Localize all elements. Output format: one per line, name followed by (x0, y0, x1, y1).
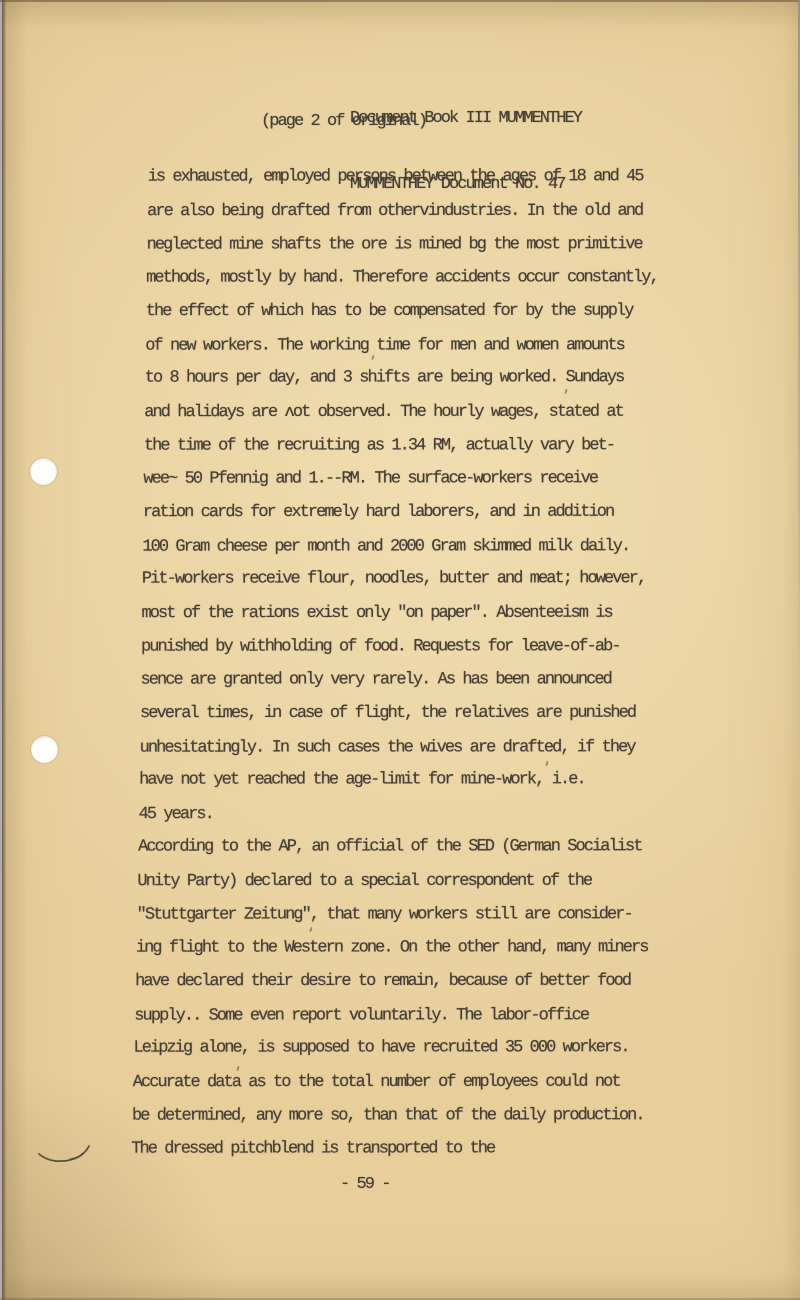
text-line: be determined, any more so, than that of… (132, 1099, 659, 1133)
text-line: of new workers. The working time for men… (145, 329, 658, 363)
page-note: (page 2 of original) (261, 111, 426, 133)
text-line: Leipzig alone, is supposed to have recru… (134, 1031, 659, 1065)
text-line: 45 years. (139, 797, 659, 831)
text-line: several times, in case of flight, the re… (140, 697, 658, 731)
scanned-document-page: Document Book III MUMMENTHEY MUMMENTHEY … (0, 0, 800, 1300)
text-line: to 8 hours per day, and 3 shifts are bei… (145, 361, 658, 395)
text-line: Pit-workers receive flour, noodles, butt… (142, 562, 658, 596)
text-line: 100 Gram cheese per month and 2000 Gram … (142, 530, 658, 564)
paragraph: is exhausted, employed persons between t… (0, 161, 658, 832)
text-line: punished by withholding of food. Request… (141, 630, 658, 664)
text-line: ration cards for extremely hard laborers… (143, 496, 658, 530)
text-line: neglected mine shafts the ore is mined b… (147, 228, 658, 262)
text-line: the time of the recruiting as 1.34 RM, a… (144, 429, 658, 463)
text-line: is exhausted, employed persons between t… (148, 160, 658, 194)
text-line: wee~ 50 Pfennig and 1.--RM. The surface-… (143, 462, 658, 496)
handwritten-check-mark (36, 1142, 94, 1168)
text-line: Accurate data as to the total number of … (133, 1065, 659, 1099)
paragraph: According to the AP, an official of the … (0, 831, 658, 1167)
text-line: ing flight to the Western zone. On the o… (136, 931, 659, 965)
text-line: sence are granted only very rarely. As h… (140, 663, 658, 697)
text-line: The dressed pitchblend is transported to… (131, 1132, 658, 1166)
scan-edge-top-shadow (0, 0, 800, 2)
document-body: is exhausted, employed persons between t… (0, 161, 659, 1167)
text-line: supply.. Some even report voluntarily. T… (134, 999, 658, 1033)
text-line: Unity Party) declared to a special corre… (137, 864, 658, 898)
text-line: most of the rations exist only "on paper… (141, 596, 658, 630)
text-line: are also being drafted from othervindust… (147, 194, 658, 228)
text-line: "Stuttgarter Zeitung", that many workers… (137, 898, 659, 932)
text-line: methods, mostly by hand. Therefore accid… (146, 261, 658, 295)
page-number: - 59 - (340, 1174, 390, 1196)
text-line: have not yet reached the age-limit for m… (139, 763, 658, 797)
text-line: the effect of which has to be compensate… (146, 295, 658, 329)
text-line: and halidays are ʌot observed. The hourl… (144, 395, 658, 429)
text-line: have declared their desire to remain, be… (135, 965, 658, 999)
text-line: According to the AP, an official of the … (138, 830, 658, 864)
text-line: unhesitatingly. In such cases the wives … (140, 731, 659, 765)
